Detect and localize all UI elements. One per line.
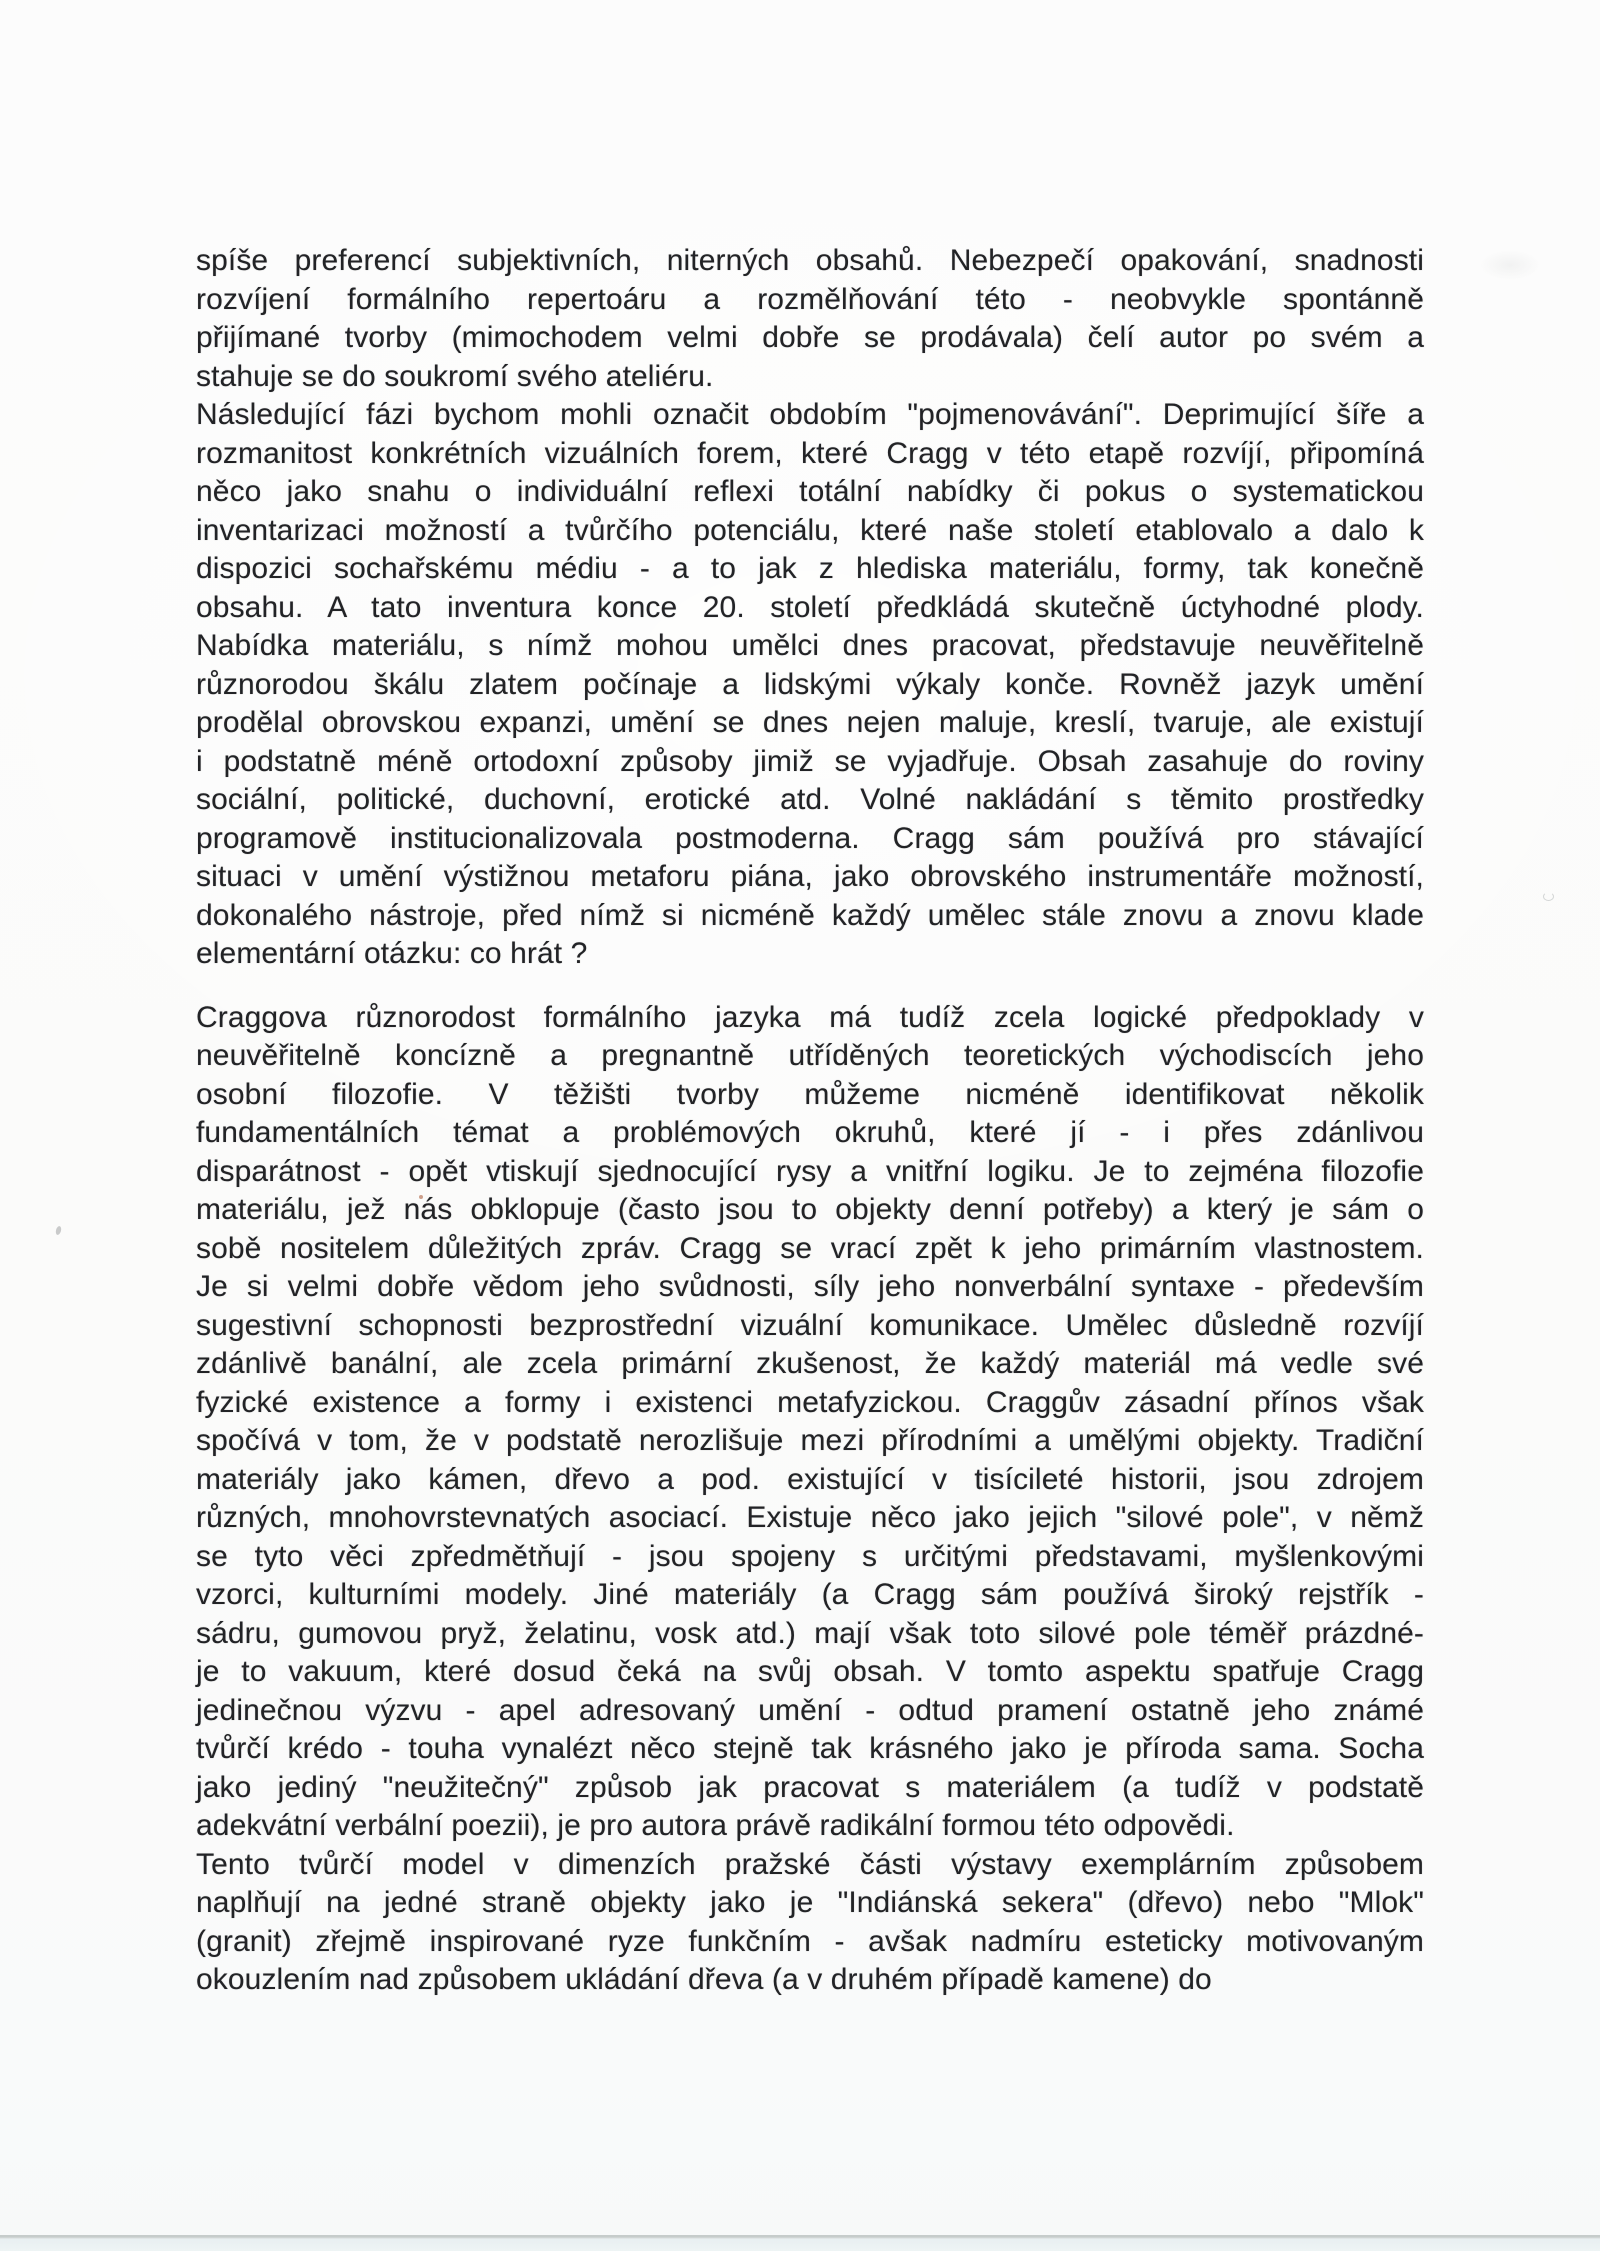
text-line: adekvátní verbální poezii), je pro autor… — [196, 1807, 1424, 1846]
text-line: je to vakuum, které dosud čeká na svůj o… — [196, 1653, 1424, 1692]
text-line: elementární otázku: co hrát ? — [196, 935, 1424, 974]
text-line: Craggova různorodost formálního jazyka m… — [196, 999, 1424, 1038]
text-line: různých, mnohovrstevnatých asociací. Exi… — [196, 1499, 1424, 1538]
text-line: dispozici sochařskému médiu - a to jak z… — [196, 550, 1424, 589]
text-line: naplňují na jedné straně objekty jako je… — [196, 1884, 1424, 1923]
text-line: přijímané tvorby (mimochodem velmi dobře… — [196, 319, 1424, 358]
text-line: spíše preferencí subjektivních, niternýc… — [196, 242, 1424, 281]
text-line: prodělal obrovskou expanzi, umění se dne… — [196, 704, 1424, 743]
text-line: různorodou škálu zlatem počínaje a lidsk… — [196, 666, 1424, 705]
text-line: okouzlením nad způsobem ukládání dřeva (… — [196, 1961, 1424, 2000]
text-line: sádru, gumovou pryž, želatinu, vosk atd.… — [196, 1615, 1424, 1654]
scan-speck — [55, 1226, 62, 1236]
text-line: fundamentálních témat a problémových okr… — [196, 1114, 1424, 1153]
text-line: inventarizaci možností a tvůrčího potenc… — [196, 512, 1424, 551]
text-line: Nabídka materiálu, s nímž mohou umělci d… — [196, 627, 1424, 666]
text-line: neuvěřitelně koncízně a pregnantně utříd… — [196, 1037, 1424, 1076]
text-line: fyzické existence a formy i existenci me… — [196, 1384, 1424, 1423]
text-line: stahuje se do soukromí svého ateliéru. — [196, 358, 1424, 397]
text-block: spíše preferencí subjektivních, niternýc… — [196, 242, 1424, 2000]
text-line: rozvíjení formálního repertoáru a rozměl… — [196, 281, 1424, 320]
text-line: (granit) zřejmě inspirované ryze funkční… — [196, 1923, 1424, 1962]
paragraph: Následující fázi bychom mohli označit ob… — [196, 396, 1424, 974]
text-line: tvůrčí krédo - touha vynalézt něco stejn… — [196, 1730, 1424, 1769]
text-line: Je si velmi dobře vědom jeho svůdnosti, … — [196, 1268, 1424, 1307]
text-line: Tento tvůrčí model v dimenzích pražské č… — [196, 1846, 1424, 1885]
text-line: rozmanitost konkrétních vizuálních forem… — [196, 435, 1424, 474]
text-line: sociální, politické, duchovní, erotické … — [196, 781, 1424, 820]
text-line: Následující fázi bychom mohli označit ob… — [196, 396, 1424, 435]
text-line: materiálu, jež nás obklopuje (často jsou… — [196, 1191, 1424, 1230]
text-line: sugestivní schopnosti bezprostřední vizu… — [196, 1307, 1424, 1346]
scan-speck — [1543, 892, 1554, 901]
scanner-edge-strip — [0, 2235, 1600, 2251]
text-line: obsahu. A tato inventura konce 20. stole… — [196, 589, 1424, 628]
text-line: vzorci, kulturními modely. Jiné materiál… — [196, 1576, 1424, 1615]
text-line: programově institucionalizovala postmode… — [196, 820, 1424, 859]
text-line: dokonalého nástroje, před nímž si nicmén… — [196, 897, 1424, 936]
paragraph: spíše preferencí subjektivních, niternýc… — [196, 242, 1424, 396]
text-line: spočívá v tom, že v podstatě nerozlišuje… — [196, 1422, 1424, 1461]
text-line: materiály jako kámen, dřevo a pod. exist… — [196, 1461, 1424, 1500]
paragraph: Craggova různorodost formálního jazyka m… — [196, 999, 1424, 1846]
text-line: jako jediný "neužitečný" způsob jak prac… — [196, 1769, 1424, 1808]
scan-speck — [419, 1195, 423, 1199]
text-line: situaci v umění výstižnou metaforu piána… — [196, 858, 1424, 897]
paragraph: Tento tvůrčí model v dimenzích pražské č… — [196, 1846, 1424, 2000]
text-line: sobě nositelem důležitých zpráv. Cragg s… — [196, 1230, 1424, 1269]
text-line: i podstatně méně ortodoxní způsoby jimiž… — [196, 743, 1424, 782]
text-line: něco jako snahu o individuální reflexi t… — [196, 473, 1424, 512]
text-line: zdánlivě banální, ale zcela primární zku… — [196, 1345, 1424, 1384]
text-line: jedinečnou výzvu - apel adresovaný umění… — [196, 1692, 1424, 1731]
text-line: disparátnost - opět vtiskují sjednocujíc… — [196, 1153, 1424, 1192]
scan-smudge — [1480, 250, 1540, 280]
scanned-document-page: spíše preferencí subjektivních, niternýc… — [0, 0, 1600, 2251]
text-line: se tyto věci zpředmětňují - jsou spojeny… — [196, 1538, 1424, 1577]
text-line: osobní filozofie. V těžišti tvorby můžem… — [196, 1076, 1424, 1115]
